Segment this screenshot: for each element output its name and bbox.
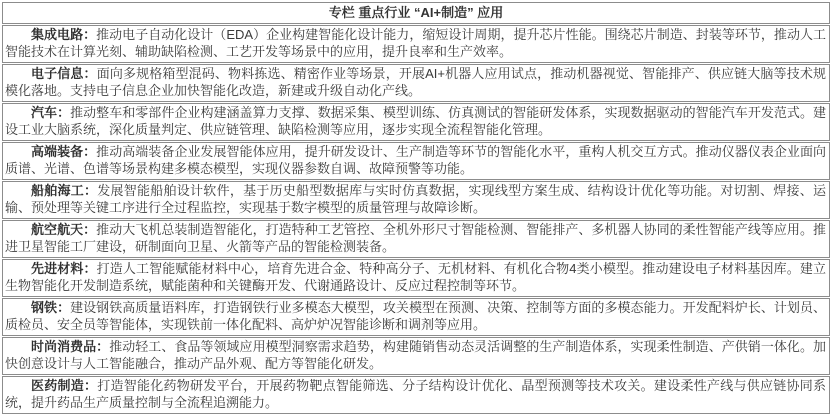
- industry-label: 电子信息：: [31, 66, 97, 81]
- row-integrated-circuits: 集成电路：推动电子自动化设计（EDA）企业构建智能化设计能力，缩短设计周期，提升…: [2, 25, 830, 63]
- industry-text: 发展智能船舶设计软件，基于历史船型数据库与实时仿真数据，实现线型方案生成、结构设…: [5, 183, 826, 215]
- industry-label: 汽车：: [31, 105, 70, 120]
- row-pharmaceutical-manufacturing: 医药制造：打造智能化药物研发平台，开展药物靶点智能筛选、分子结构设计优化、晶型预…: [2, 376, 830, 414]
- industry-text: 推动轻工、食品等领域应用模型洞察需求趋势，构建随销售动态灵活调整的生产制造体系，…: [5, 339, 826, 371]
- table-title: 专栏 重点行业 “AI+制造” 应用: [2, 2, 830, 24]
- industry-label: 医药制造：: [31, 378, 97, 393]
- industry-text: 建设钢铁高质量语料库，打造钢铁行业多模态大模型，攻关模型在预测、决策、控制等方面…: [5, 300, 826, 332]
- industry-label: 船舶海工：: [31, 183, 97, 198]
- industry-label: 集成电路：: [31, 27, 96, 42]
- row-ships-marine-engineering: 船舶海工：发展智能船舶设计软件，基于历史船型数据库与实时仿真数据，实现线型方案生…: [2, 181, 830, 219]
- industry-label: 航空航天：: [31, 222, 96, 237]
- industry-text: 打造人工智能赋能材料中心，培育先进合金、特种高分子、无机材料、有机化合物4类小模…: [5, 261, 826, 293]
- row-electronic-information: 电子信息：面向多规格箱型混码、物料拣选、精密作业等场景，开展AI+机器人应用试点…: [2, 64, 830, 102]
- industry-text: 面向多规格箱型混码、物料拣选、精密作业等场景，开展AI+机器人应用试点，推动机器…: [5, 66, 826, 98]
- row-advanced-materials: 先进材料：打造人工智能赋能材料中心，培育先进合金、特种高分子、无机材料、有机化合…: [2, 259, 830, 297]
- industry-label: 先进材料：: [31, 261, 97, 276]
- row-high-end-equipment: 高端装备：推动高端装备企业发展智能体应用，提升研发设计、生产制造等环节的智能化水…: [2, 142, 830, 180]
- industry-text: 推动高端装备企业发展智能体应用，提升研发设计、生产制造等环节的智能化水平，重构人…: [5, 144, 826, 176]
- row-fashion-consumer-goods: 时尚消费品：推动轻工、食品等领域应用模型洞察需求趋势，构建随销售动态灵活调整的生…: [2, 337, 830, 375]
- industry-text: 推动大飞机总装制造智能化，打造特种工艺管控、全机外形尺寸智能检测、智能排产、多机…: [5, 222, 826, 254]
- row-automotive: 汽车：推动整车和零部件企业构建涵盖算力支撑、数据采集、模型训练、仿真测试的智能研…: [2, 103, 830, 141]
- industry-text: 打造智能化药物研发平台，开展药物靶点智能筛选、分子结构设计优化、晶型预测等技术攻…: [5, 378, 826, 410]
- industry-text: 推动整车和零部件企业构建涵盖算力支撑、数据采集、模型训练、仿真测试的智能研发体系…: [5, 105, 826, 137]
- industry-text: 推动电子自动化设计（EDA）企业构建智能化设计能力，缩短设计周期，提升芯片性能。…: [5, 27, 826, 59]
- industry-label: 时尚消费品：: [31, 339, 109, 354]
- row-steel: 钢铁：建设钢铁高质量语料库，打造钢铁行业多模态大模型，攻关模型在预测、决策、控制…: [2, 298, 830, 336]
- row-aerospace: 航空航天：推动大飞机总装制造智能化，打造特种工艺管控、全机外形尺寸智能检测、智能…: [2, 220, 830, 258]
- special-column-table: 专栏 重点行业 “AI+制造” 应用 集成电路：推动电子自动化设计（EDA）企业…: [0, 0, 832, 414]
- industry-label: 钢铁：: [31, 300, 70, 315]
- industry-label: 高端装备：: [31, 144, 96, 159]
